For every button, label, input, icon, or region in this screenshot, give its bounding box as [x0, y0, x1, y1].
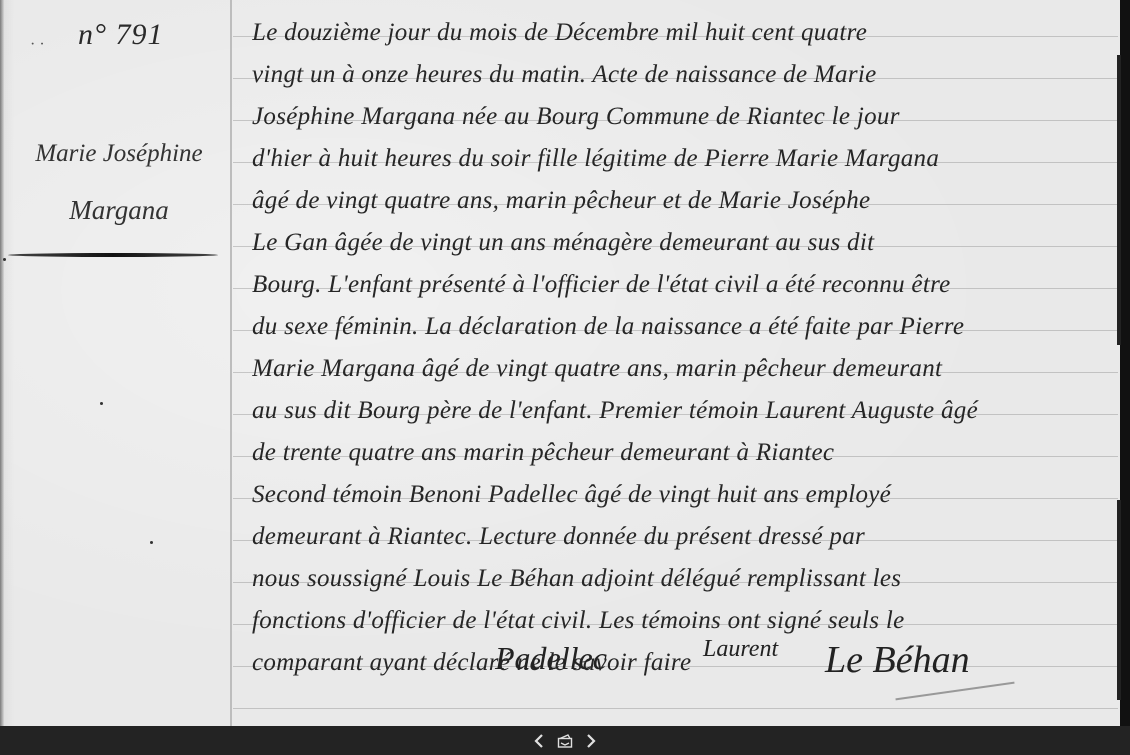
signature-officer: Le Béhan — [825, 638, 970, 682]
margin-given-name: Marie Joséphine — [14, 140, 224, 168]
record-line: demeurant à Riantec. Lecture donnée du p… — [252, 516, 1112, 558]
gallery-home-button[interactable] — [557, 730, 573, 752]
signature-flourish — [895, 682, 1014, 701]
signature-block: Padellec Laurent Le Béhan — [495, 630, 1055, 710]
record-line: Second témoin Benoni Padellec âgé de vin… — [252, 474, 1112, 516]
record-line: de trente quatre ans marin pêcheur demeu… — [252, 432, 1112, 474]
record-line: Marie Margana âgé de vingt quatre ans, m… — [252, 348, 1112, 390]
margin-separator-line — [8, 253, 218, 257]
document-viewer: · · n° 791 Marie Joséphine Margana Le do… — [0, 0, 1130, 755]
chevron-right-icon — [586, 733, 596, 749]
ink-speck — [100, 402, 103, 405]
record-line: Joséphine Margana née au Bourg Commune d… — [252, 96, 1112, 138]
gallery-home-icon — [557, 734, 573, 748]
record-line: Le douzième jour du mois de Décembre mil… — [252, 12, 1112, 54]
ink-speck — [3, 258, 6, 261]
entry-number: n° 791 — [78, 18, 164, 52]
margin-mark: · · — [30, 36, 45, 54]
record-line: Le Gan âgée de vingt un ans ménagère dem… — [252, 222, 1112, 264]
signature-witness-2: Laurent — [703, 636, 778, 663]
record-line: Bourg. L'enfant présenté à l'officier de… — [252, 264, 1112, 306]
margin-column: · · n° 791 Marie Joséphine Margana — [0, 0, 228, 726]
register-page-scan: · · n° 791 Marie Joséphine Margana Le do… — [0, 0, 1130, 726]
record-line: du sexe féminin. La déclaration de la na… — [252, 306, 1112, 348]
next-page-button[interactable] — [583, 730, 599, 752]
ink-speck — [150, 541, 153, 544]
record-line: vingt un à onze heures du matin. Acte de… — [252, 54, 1112, 96]
record-line: nous soussigné Louis Le Béhan adjoint dé… — [252, 558, 1112, 600]
previous-page-button[interactable] — [531, 730, 547, 752]
record-line: âgé de vingt quatre ans, marin pêcheur e… — [252, 180, 1112, 222]
page-binding-edge — [1120, 0, 1130, 726]
margin-divider — [230, 0, 232, 726]
margin-surname: Margana — [14, 195, 224, 226]
viewer-navigation-bar — [0, 726, 1130, 755]
record-line: d'hier à huit heures du soir fille légit… — [252, 138, 1112, 180]
record-line: au sus dit Bourg père de l'enfant. Premi… — [252, 390, 1112, 432]
signature-witness-1: Padellec — [495, 640, 607, 677]
chevron-left-icon — [534, 733, 544, 749]
birth-record-text: Le douzième jour du mois de Décembre mil… — [252, 12, 1112, 684]
